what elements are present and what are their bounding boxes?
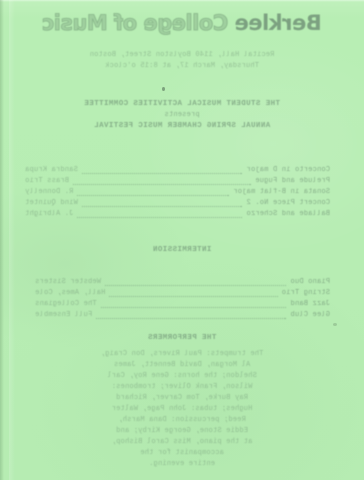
- performer-name: The Collegians: [35, 299, 97, 310]
- program-row: Ballade and Scherzo J. Albright: [25, 209, 330, 220]
- program-list-first-half: Concerto in D major Sandra Krupa Prelude…: [0, 165, 364, 220]
- dotted-leader: [73, 184, 251, 185]
- program-row: Prelude and Fugue Brass Trio: [25, 176, 330, 187]
- performer-name: R. Donnelly: [25, 187, 73, 198]
- performers-line: Wilson, Frank Oliver; trombones:: [82, 382, 282, 393]
- performers-line: Reed; percussion: Dana Marsh,: [82, 415, 282, 426]
- piece-title: Concert Piece No. 2: [246, 198, 330, 209]
- title-line-2: presents: [0, 110, 364, 121]
- piece-title: Ballade and Scherzo: [246, 209, 330, 220]
- performers-line: Ray Burke, Tom Carver, Richard: [82, 393, 282, 404]
- performer-name: Brass Trio: [25, 176, 69, 187]
- performers-line: The trumpets: Paul Rivers, Don Craig,: [82, 349, 282, 360]
- logotype-bold-word: Berklee: [235, 11, 322, 35]
- performer-name: J. Albright: [25, 209, 73, 220]
- performer-name: Sandra Krupa: [25, 165, 78, 176]
- dotted-leader: [77, 195, 229, 196]
- performers-line: at the piano, Miss Carol Bishop,: [82, 437, 282, 448]
- program-row: Sonata in B-flat major R. Donnelly: [25, 187, 330, 198]
- piece-title: String Trio: [282, 288, 330, 299]
- address-line: Recital Hall, 1140 Boylston Street, Bost…: [0, 50, 364, 61]
- performer-name: Hall, Ames, Cole: [35, 288, 105, 299]
- performers-line: Sheldon; the horns: Gene Roy, Carl: [82, 371, 282, 382]
- performers-line: Eddie Stone, George Kirby; and: [82, 426, 282, 437]
- program-row: Concerto in D major Sandra Krupa: [25, 165, 330, 176]
- dotted-leader: [101, 307, 287, 308]
- performers-paragraph: The trumpets: Paul Rivers, Don Craig, Al…: [82, 349, 282, 470]
- intermission-label: INTERMISSION: [0, 245, 364, 256]
- program-row: Jazz Band The Collegians: [35, 299, 330, 310]
- dotted-leader: [82, 173, 243, 174]
- dotted-leader: [96, 318, 286, 319]
- dotted-leader: [77, 217, 242, 218]
- performers-line: Hughes; tubas: John Page, Walter: [82, 404, 282, 415]
- performer-name: Wind Quintet: [25, 198, 78, 209]
- piece-title: Glee Club: [290, 310, 330, 321]
- title-line-3: ANNUAL SPRING CHAMBER MUSIC FESTIVAL: [0, 121, 364, 132]
- piece-title: Piano Duo: [290, 277, 330, 288]
- performer-name: Full Ensemble: [35, 310, 92, 321]
- piece-title: Sonata in B-flat major: [233, 187, 330, 198]
- performers-line: accompanist for the: [82, 448, 282, 459]
- piece-title: Concerto in D major: [246, 165, 330, 176]
- ink-speck: [333, 323, 337, 326]
- title-block: THE STUDENT MUSICAL ACTIVITIES COMMITTEE…: [0, 99, 364, 132]
- logotype-outline-words: College of Music: [42, 11, 235, 35]
- piece-title: Prelude and Fugue: [255, 176, 330, 187]
- program-row: Concert Piece No. 2 Wind Quintet: [25, 198, 330, 209]
- date-line: Thursday, March 17, at 8:15 o'clock: [0, 61, 364, 72]
- scanned-program-page: Berklee College of Music Recital Hall, 1…: [0, 0, 364, 480]
- program-list-second-half: Piano Duo Webster Sisters String Trio Ha…: [0, 277, 364, 321]
- dotted-leader: [105, 285, 286, 286]
- ink-speck: [162, 87, 165, 91]
- performers-line: Al Morgan, David Bennett, James: [82, 360, 282, 371]
- dotted-leader: [82, 206, 243, 207]
- title-line-1: THE STUDENT MUSICAL ACTIVITIES COMMITTEE: [0, 99, 364, 110]
- performers-heading: THE PERFORMERS: [0, 333, 364, 344]
- piece-title: Jazz Band: [290, 299, 330, 310]
- college-logotype: Berklee College of Music: [0, 12, 364, 34]
- program-row: Piano Duo Webster Sisters: [35, 277, 330, 288]
- program-row: String Trio Hall, Ames, Cole: [35, 288, 330, 299]
- dotted-leader: [109, 296, 277, 297]
- performer-name: Webster Sisters: [35, 277, 101, 288]
- bleed-through-content: Berklee College of Music Recital Hall, 1…: [0, 0, 364, 480]
- performers-line: entire evening.: [82, 459, 282, 470]
- program-row: Glee Club Full Ensemble: [35, 310, 330, 321]
